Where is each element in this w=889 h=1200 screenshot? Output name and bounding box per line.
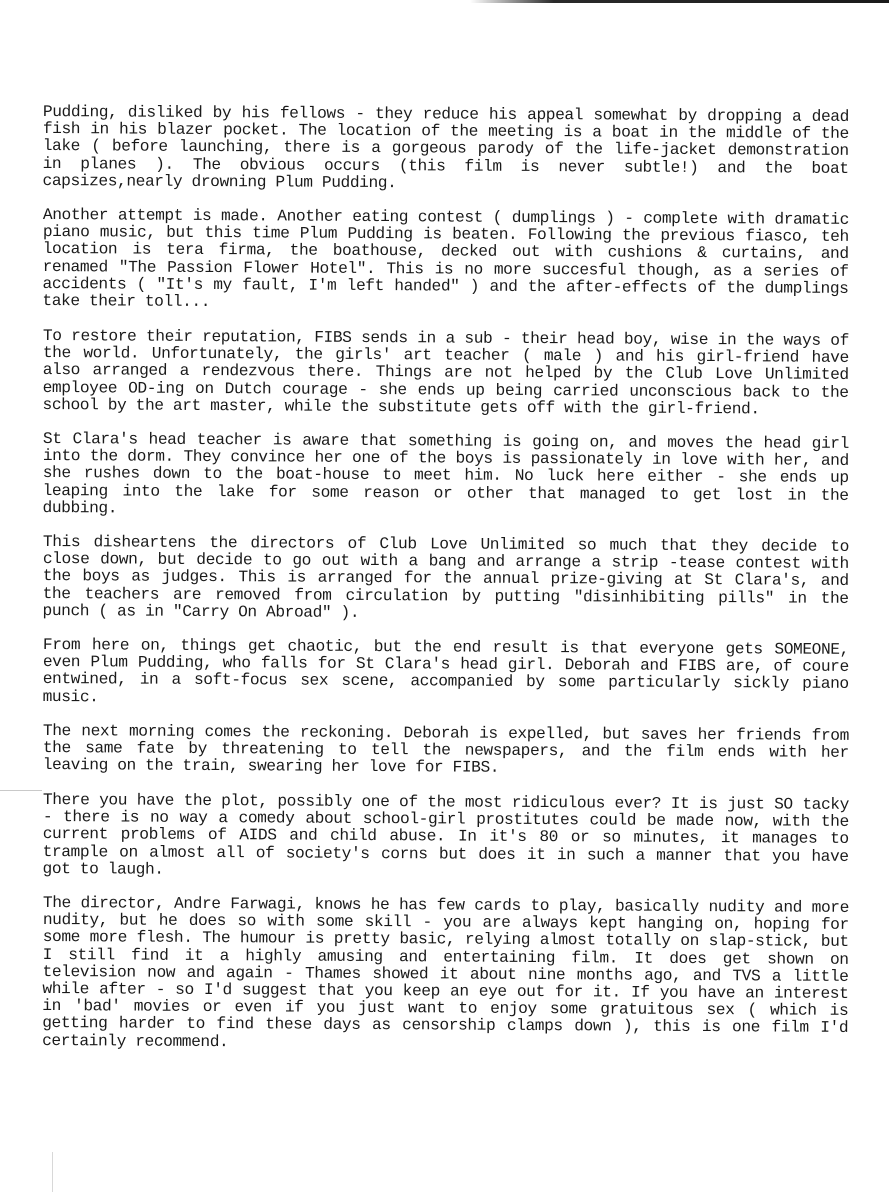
paragraph-plum-pudding-boat: Pudding, disliked by his fellows - they … xyxy=(42,104,849,195)
paragraph-next-morning: The next morning comes the reckoning. De… xyxy=(43,723,849,780)
paragraph-head-boy-sub: To restore their reputation, FIBS sends … xyxy=(42,328,849,419)
bleed-box xyxy=(52,1152,223,1192)
paragraph-plot-summary: There you have the plot, possibly one of… xyxy=(42,792,849,883)
paragraph-head-teacher: St Clara's head teacher is aware that so… xyxy=(42,431,849,522)
paragraph-chaotic-ending: From here on, things get chaotic, but th… xyxy=(43,637,849,711)
paragraph-strip-tease-contest: This disheartens the directors of Club L… xyxy=(42,534,849,625)
paragraph-eating-contest: Another attempt is made. Another eating … xyxy=(42,207,849,315)
typewritten-page: Pudding, disliked by his fellows - they … xyxy=(43,104,849,1067)
reverse-side-bleed-through xyxy=(0,1150,889,1200)
paragraph-director-review: The director, Andre Farwagi, knows he ha… xyxy=(42,895,849,1055)
scan-top-edge-shadow xyxy=(470,0,889,3)
scan-margin-mark xyxy=(0,790,42,791)
